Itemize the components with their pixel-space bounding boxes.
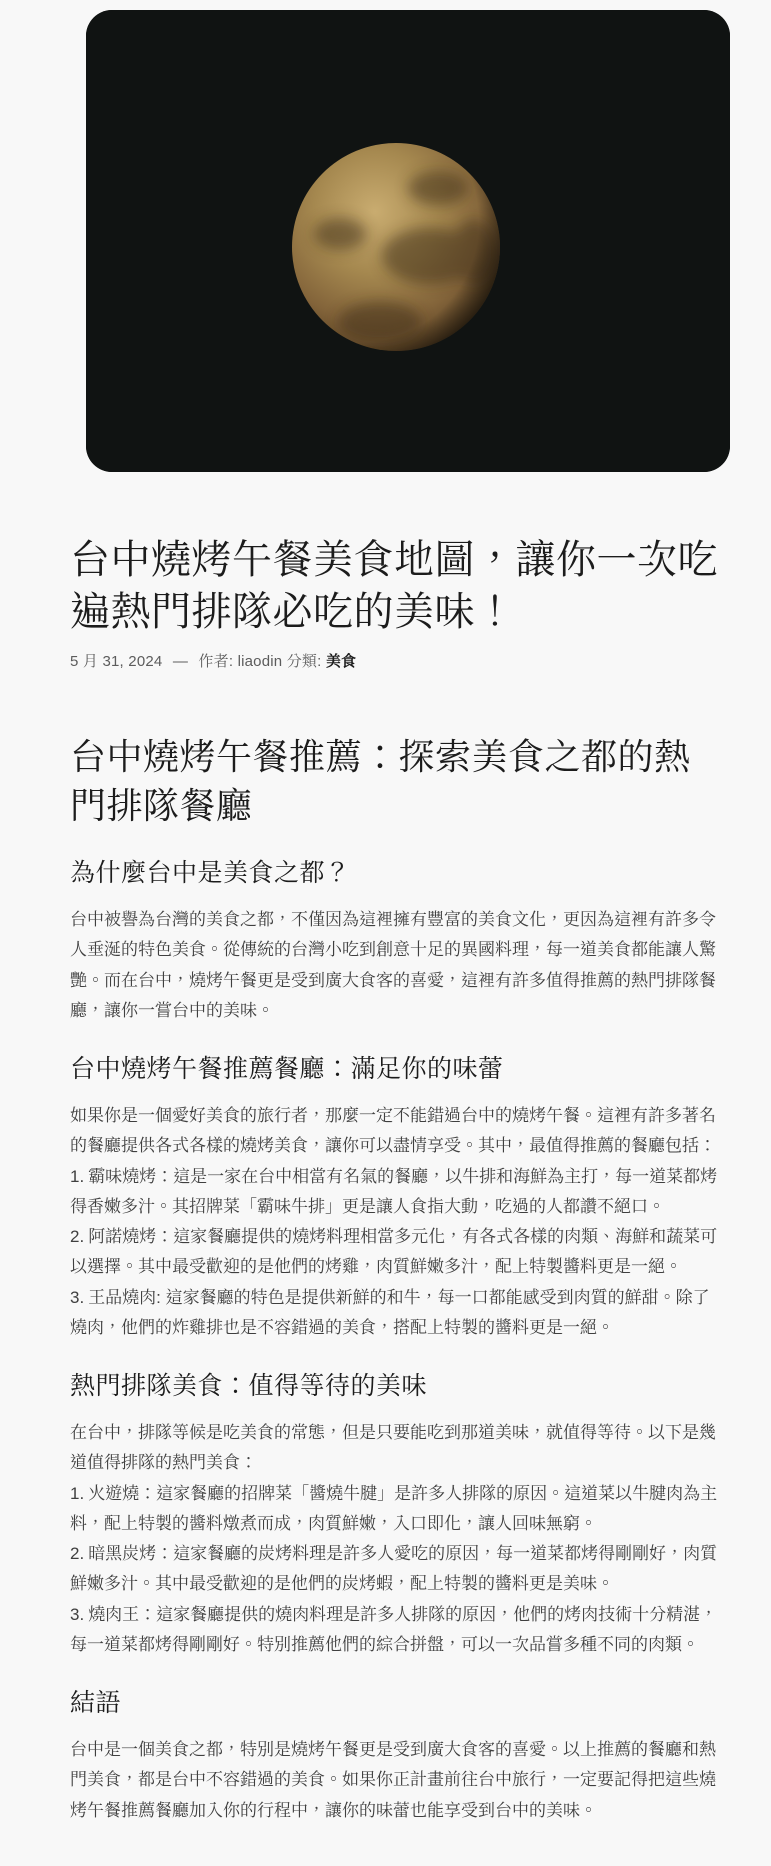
- section-heading-why-taichung: 為什麼台中是美食之都？: [70, 856, 722, 891]
- blog-post-page: 台中燒烤午餐美食地圖，讓你一次吃遍熱門排隊必吃的美味！ 5 月 31, 2024…: [0, 0, 771, 1826]
- post-meta: 5 月 31, 2024 — 作者: liaodin 分類: 美食: [70, 650, 722, 671]
- section-heading-restaurants: 台中燒烤午餐推薦餐廳：滿足你的味蕾: [70, 1052, 722, 1087]
- post-title: 台中燒烤午餐美食地圖，讓你一次吃遍熱門排隊必吃的美味！: [70, 534, 722, 638]
- list-item-text: 燒肉王：這家餐廳提供的燒肉料理是許多人排隊的原因，他們的烤肉技術十分精湛，每一道…: [70, 1605, 717, 1654]
- list-item-number: 3.: [70, 1605, 84, 1624]
- list-item-text: 阿諾燒烤：這家餐廳提供的燒烤料理相當多元化，有各式各樣的肉類、海鮮和蔬菜可以選擇…: [70, 1227, 717, 1276]
- list-item: 3.燒肉王：這家餐廳提供的燒肉料理是許多人排隊的原因，他們的烤肉技術十分精湛，每…: [70, 1600, 722, 1661]
- list-item-text: 火遊燒：這家餐廳的招牌菜「醬燒牛腱」是許多人排隊的原因。這道菜以牛腱肉為主料，配…: [70, 1484, 717, 1533]
- category-label: 分類:: [287, 653, 322, 670]
- list-item: 2.阿諾燒烤：這家餐廳提供的燒烤料理相當多元化，有各式各樣的肉類、海鮮和蔬菜可以…: [70, 1222, 722, 1283]
- list-item-number: 3.: [70, 1288, 84, 1307]
- list-item: 3.王品燒肉: 這家餐廳的特色是提供新鮮的和牛，每一口都能感受到肉質的鮮甜。除了…: [70, 1283, 722, 1344]
- article-body: 台中燒烤午餐美食地圖，讓你一次吃遍熱門排隊必吃的美味！ 5 月 31, 2024…: [70, 534, 722, 1826]
- section-heading-main: 台中燒烤午餐推薦：探索美食之都的熱門排隊餐廳: [70, 733, 722, 830]
- author-label: 作者:: [198, 653, 233, 670]
- paragraph-why-taichung: 台中被譽為台灣的美食之都，不僅因為這裡擁有豐富的美食文化，更因為這裡有許多令人垂…: [70, 905, 722, 1026]
- section-heading-conclusion: 結語: [70, 1686, 722, 1721]
- list-item-text: 王品燒肉: 這家餐廳的特色是提供新鮮的和牛，每一口都能感受到肉質的鮮甜。除了燒肉…: [70, 1288, 710, 1337]
- list-item: 2.暗黑炭烤：這家餐廳的炭烤料理是許多人愛吃的原因，每一道菜都烤得剛剛好，肉質鮮…: [70, 1539, 722, 1600]
- list-item-number: 1.: [70, 1484, 84, 1503]
- list-item-text: 霸味燒烤：這是一家在台中相當有名氣的餐廳，以牛排和海鮮為主打，每一道菜都烤得香嫩…: [70, 1167, 717, 1216]
- list-item-number: 1.: [70, 1167, 84, 1186]
- paragraph-restaurants-intro: 如果你是一個愛好美食的旅行者，那麼一定不能錯過台中的燒烤午餐。這裡有許多著名的餐…: [70, 1101, 722, 1162]
- section-heading-queue-foods: 熱門排隊美食：值得等待的美味: [70, 1369, 722, 1404]
- paragraph-conclusion: 台中是一個美食之都，特別是燒烤午餐更是受到廣大食客的喜愛。以上推薦的餐廳和熱門美…: [70, 1735, 722, 1826]
- featured-image-moon: [86, 10, 730, 472]
- list-item: 1.霸味燒烤：這是一家在台中相當有名氣的餐廳，以牛排和海鮮為主打，每一道菜都烤得…: [70, 1162, 722, 1223]
- category-link[interactable]: 美食: [326, 653, 356, 670]
- post-date: 5 月 31, 2024: [70, 653, 162, 670]
- meta-separator: —: [173, 653, 188, 670]
- moon-illustration: [86, 10, 730, 472]
- author-name: liaodin: [238, 653, 283, 670]
- paragraph-queue-foods-intro: 在台中，排隊等候是吃美食的常態，但是只要能吃到那道美味，就值得等待。以下是幾道值…: [70, 1418, 722, 1479]
- list-item-number: 2.: [70, 1544, 84, 1563]
- restaurant-list: 1.霸味燒烤：這是一家在台中相當有名氣的餐廳，以牛排和海鮮為主打，每一道菜都烤得…: [70, 1162, 722, 1344]
- list-item-text: 暗黑炭烤：這家餐廳的炭烤料理是許多人愛吃的原因，每一道菜都烤得剛剛好，肉質鮮嫩多…: [70, 1544, 717, 1593]
- queue-food-list: 1.火遊燒：這家餐廳的招牌菜「醬燒牛腱」是許多人排隊的原因。這道菜以牛腱肉為主料…: [70, 1479, 722, 1661]
- list-item: 1.火遊燒：這家餐廳的招牌菜「醬燒牛腱」是許多人排隊的原因。這道菜以牛腱肉為主料…: [70, 1479, 722, 1540]
- list-item-number: 2.: [70, 1227, 84, 1246]
